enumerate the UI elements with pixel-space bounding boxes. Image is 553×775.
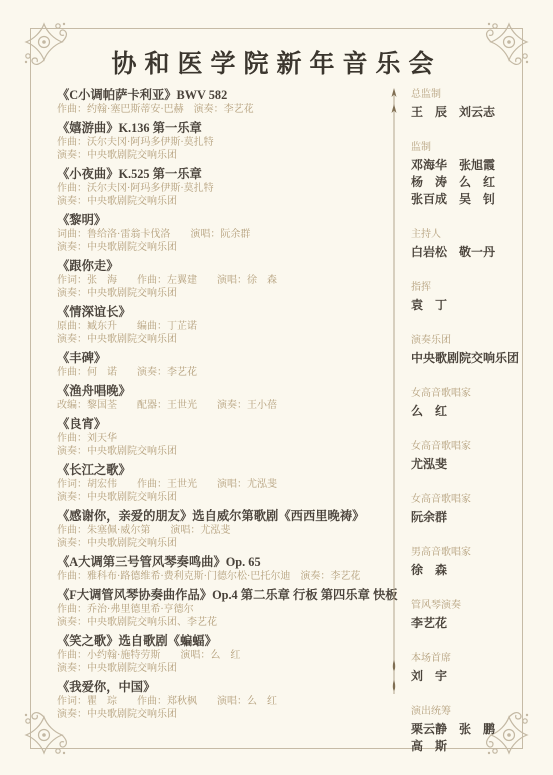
program-item: 《我爱你，中国》 作词：瞿 琮 作曲：郑秋枫 演唱：么 红 演奏：中央歌剧院交响…	[57, 680, 388, 721]
piece-credit-line: 原曲：臧东升 编曲：丁芷诺	[57, 320, 388, 333]
credit-role: 本场首席	[411, 652, 520, 665]
credit-name: 尤泓斐	[411, 456, 520, 473]
piece-title: 《良宵》	[57, 417, 388, 432]
program-item: 《黎明》 词曲：鲁给洛·雷翁卡伐洛 演唱：阮余群 演奏：中央歌剧院交响乐团	[57, 213, 388, 254]
piece-title: 《A大调第三号管风琴奏鸣曲》Op. 65	[57, 555, 388, 570]
credit-group: 演出统筹 栗云静 张 鹏 高 斯	[411, 705, 520, 755]
credit-role: 女高音歌唱家	[411, 387, 520, 400]
credit-group: 本场首席 刘 宇	[411, 652, 520, 685]
credit-role: 女高音歌唱家	[411, 493, 520, 506]
credit-group: 指挥 袁 丁	[411, 281, 520, 314]
credit-name: 李艺花	[411, 615, 520, 632]
credit-name: 徐 森	[411, 562, 520, 579]
program-list: 《C小调帕萨卡利亚》BWV 582 作曲：约翰·塞巴斯蒂安·巴赫 演奏：李艺花 …	[57, 88, 388, 745]
piece-credit-line: 演奏：中央歌剧院交响乐团	[57, 195, 388, 208]
piece-title: 《跟你走》	[57, 259, 388, 274]
program-item: 《F大调管风琴协奏曲作品》Op.4 第二乐章 行板 第四乐章 快板 作曲：乔治·…	[57, 588, 388, 629]
credit-role: 演奏乐团	[411, 334, 520, 347]
piece-title: 《长江之歌》	[57, 463, 388, 478]
divider-arrow-icon	[388, 88, 400, 703]
credit-name: 阮余群	[411, 509, 520, 526]
piece-title: 《感谢你，亲爱的朋友》选自威尔第歌剧《西西里晚祷》	[57, 509, 388, 524]
piece-credit-line: 作词：胡宏伟 作曲：王世光 演唱：尤泓斐	[57, 478, 388, 491]
credit-role: 总监制	[411, 88, 520, 101]
piece-credit-line: 作曲：朱塞佩·威尔第 演唱：尤泓斐	[57, 524, 388, 537]
credit-role: 主持人	[411, 228, 520, 241]
piece-title: 《情深谊长》	[57, 305, 388, 320]
credit-name: 张百成 吴 钊	[411, 191, 520, 208]
piece-credit-line: 作曲：小约翰·施特劳斯 演唱：么 红	[57, 649, 388, 662]
credit-role: 指挥	[411, 281, 520, 294]
credit-group: 总监制 王 辰 刘云志	[411, 88, 520, 121]
piece-credit-line: 演奏：中央歌剧院交响乐团	[57, 662, 388, 675]
program-item: 《渔舟唱晚》 改编：黎国荃 配器：王世光 演奏：王小蓓	[57, 384, 388, 412]
piece-title: 《F大调管风琴协奏曲作品》Op.4 第二乐章 行板 第四乐章 快板	[57, 588, 388, 603]
piece-credit-line: 改编：黎国荃 配器：王世光 演奏：王小蓓	[57, 399, 388, 412]
credit-group: 女高音歌唱家 阮余群	[411, 493, 520, 526]
credit-name: 袁 丁	[411, 297, 520, 314]
program-item: 《跟你走》 作词：张 海 作曲：左翼建 演唱：徐 森 演奏：中央歌剧院交响乐团	[57, 259, 388, 300]
credit-name: 中央歌剧院交响乐团	[411, 350, 520, 367]
piece-credit-line: 演奏：中央歌剧院交响乐团	[57, 537, 388, 550]
program-content: 《C小调帕萨卡利亚》BWV 582 作曲：约翰·塞巴斯蒂安·巴赫 演奏：李艺花 …	[57, 88, 520, 745]
program-item: 《情深谊长》 原曲：臧东升 编曲：丁芷诺 演奏：中央歌剧院交响乐团	[57, 305, 388, 346]
program-item: 《长江之歌》 作词：胡宏伟 作曲：王世光 演唱：尤泓斐 演奏：中央歌剧院交响乐团	[57, 463, 388, 504]
credit-name: 白岩松 敬一丹	[411, 244, 520, 261]
program-item: 《C小调帕萨卡利亚》BWV 582 作曲：约翰·塞巴斯蒂安·巴赫 演奏：李艺花	[57, 88, 388, 116]
credit-role: 演出统筹	[411, 705, 520, 718]
piece-credit-line: 作曲：何 诺 演奏：李艺花	[57, 366, 388, 379]
credit-name: 王 辰 刘云志	[411, 104, 520, 121]
credit-name: 高 斯	[411, 738, 520, 755]
credit-name: 邓海华 张旭霞	[411, 157, 520, 174]
piece-title: 《C小调帕萨卡利亚》BWV 582	[57, 88, 388, 103]
program-item: 《丰碑》 作曲：何 诺 演奏：李艺花	[57, 351, 388, 379]
credit-role: 管风琴演奏	[411, 599, 520, 612]
piece-credit-line: 词曲：鲁给洛·雷翁卡伐洛 演唱：阮余群	[57, 228, 388, 241]
piece-credit-line: 演奏：中央歌剧院交响乐团、李艺花	[57, 616, 388, 629]
page-title: 协和医学院新年音乐会	[0, 44, 553, 80]
piece-title: 《笑之歌》选自歌剧《蝙蝠》	[57, 634, 388, 649]
piece-credit-line: 作词：张 海 作曲：左翼建 演唱：徐 森	[57, 274, 388, 287]
credit-group: 演奏乐团 中央歌剧院交响乐团	[411, 334, 520, 367]
piece-credit-line: 演奏：中央歌剧院交响乐团	[57, 149, 388, 162]
credit-group: 主持人 白岩松 敬一丹	[411, 228, 520, 261]
credit-name: 杨 涛 么 红	[411, 174, 520, 191]
piece-credit-line: 演奏：中央歌剧院交响乐团	[57, 241, 388, 254]
piece-credit-line: 演奏：中央歌剧院交响乐团	[57, 491, 388, 504]
piece-title: 《渔舟唱晚》	[57, 384, 388, 399]
credit-name: 栗云静 张 鹏	[411, 721, 520, 738]
piece-credit-line: 演奏：中央歌剧院交响乐团	[57, 333, 388, 346]
concert-program-page: { "page": { "title": "协和医学院新年音乐会" }, "co…	[0, 0, 553, 775]
piece-title: 《黎明》	[57, 213, 388, 228]
credit-group: 女高音歌唱家 么 红	[411, 387, 520, 420]
credit-name: 刘 宇	[411, 668, 520, 685]
program-item: 《嬉游曲》K.136 第一乐章 作曲：沃尔夫冈·阿玛多伊斯·莫扎特 演奏：中央歌…	[57, 121, 388, 162]
piece-credit-line: 作曲：雅科布·路德维希·费利克斯·门德尔松·巴托尔迪 演奏：李艺花	[57, 570, 388, 583]
piece-credit-line: 演奏：中央歌剧院交响乐团	[57, 445, 388, 458]
piece-credit-line: 作曲：约翰·塞巴斯蒂安·巴赫 演奏：李艺花	[57, 103, 388, 116]
piece-credit-line: 演奏：中央歌剧院交响乐团	[57, 708, 388, 721]
piece-title: 《小夜曲》K.525 第一乐章	[57, 167, 388, 182]
program-item: 《笑之歌》选自歌剧《蝙蝠》 作曲：小约翰·施特劳斯 演唱：么 红 演奏：中央歌剧…	[57, 634, 388, 675]
piece-credit-line: 演奏：中央歌剧院交响乐团	[57, 287, 388, 300]
credit-group: 女高音歌唱家 尤泓斐	[411, 440, 520, 473]
credit-role: 女高音歌唱家	[411, 440, 520, 453]
program-item: 《小夜曲》K.525 第一乐章 作曲：沃尔夫冈·阿玛多伊斯·莫扎特 演奏：中央歌…	[57, 167, 388, 208]
column-divider	[388, 88, 400, 745]
credit-role: 监制	[411, 141, 520, 154]
piece-title: 《嬉游曲》K.136 第一乐章	[57, 121, 388, 136]
piece-credit-line: 作词：瞿 琮 作曲：郑秋枫 演唱：么 红	[57, 695, 388, 708]
piece-credit-line: 作曲：乔治·弗里德里希·亨德尔	[57, 603, 388, 616]
credits-column: 总监制 王 辰 刘云志 监制 邓海华 张旭霞 杨 涛 么 红 张百成 吴 钊 主…	[400, 88, 520, 745]
program-item: 《感谢你，亲爱的朋友》选自威尔第歌剧《西西里晚祷》 作曲：朱塞佩·威尔第 演唱：…	[57, 509, 388, 550]
credit-name: 么 红	[411, 403, 520, 420]
piece-title: 《我爱你，中国》	[57, 680, 388, 695]
piece-credit-line: 作曲：沃尔夫冈·阿玛多伊斯·莫扎特	[57, 136, 388, 149]
credit-role: 男高音歌唱家	[411, 546, 520, 559]
piece-title: 《丰碑》	[57, 351, 388, 366]
credit-group: 监制 邓海华 张旭霞 杨 涛 么 红 张百成 吴 钊	[411, 141, 520, 208]
credit-group: 管风琴演奏 李艺花	[411, 599, 520, 632]
piece-credit-line: 作曲：刘天华	[57, 432, 388, 445]
piece-credit-line: 作曲：沃尔夫冈·阿玛多伊斯·莫扎特	[57, 182, 388, 195]
program-item: 《良宵》 作曲：刘天华 演奏：中央歌剧院交响乐团	[57, 417, 388, 458]
program-item: 《A大调第三号管风琴奏鸣曲》Op. 65 作曲：雅科布·路德维希·费利克斯·门德…	[57, 555, 388, 583]
credit-group: 男高音歌唱家 徐 森	[411, 546, 520, 579]
